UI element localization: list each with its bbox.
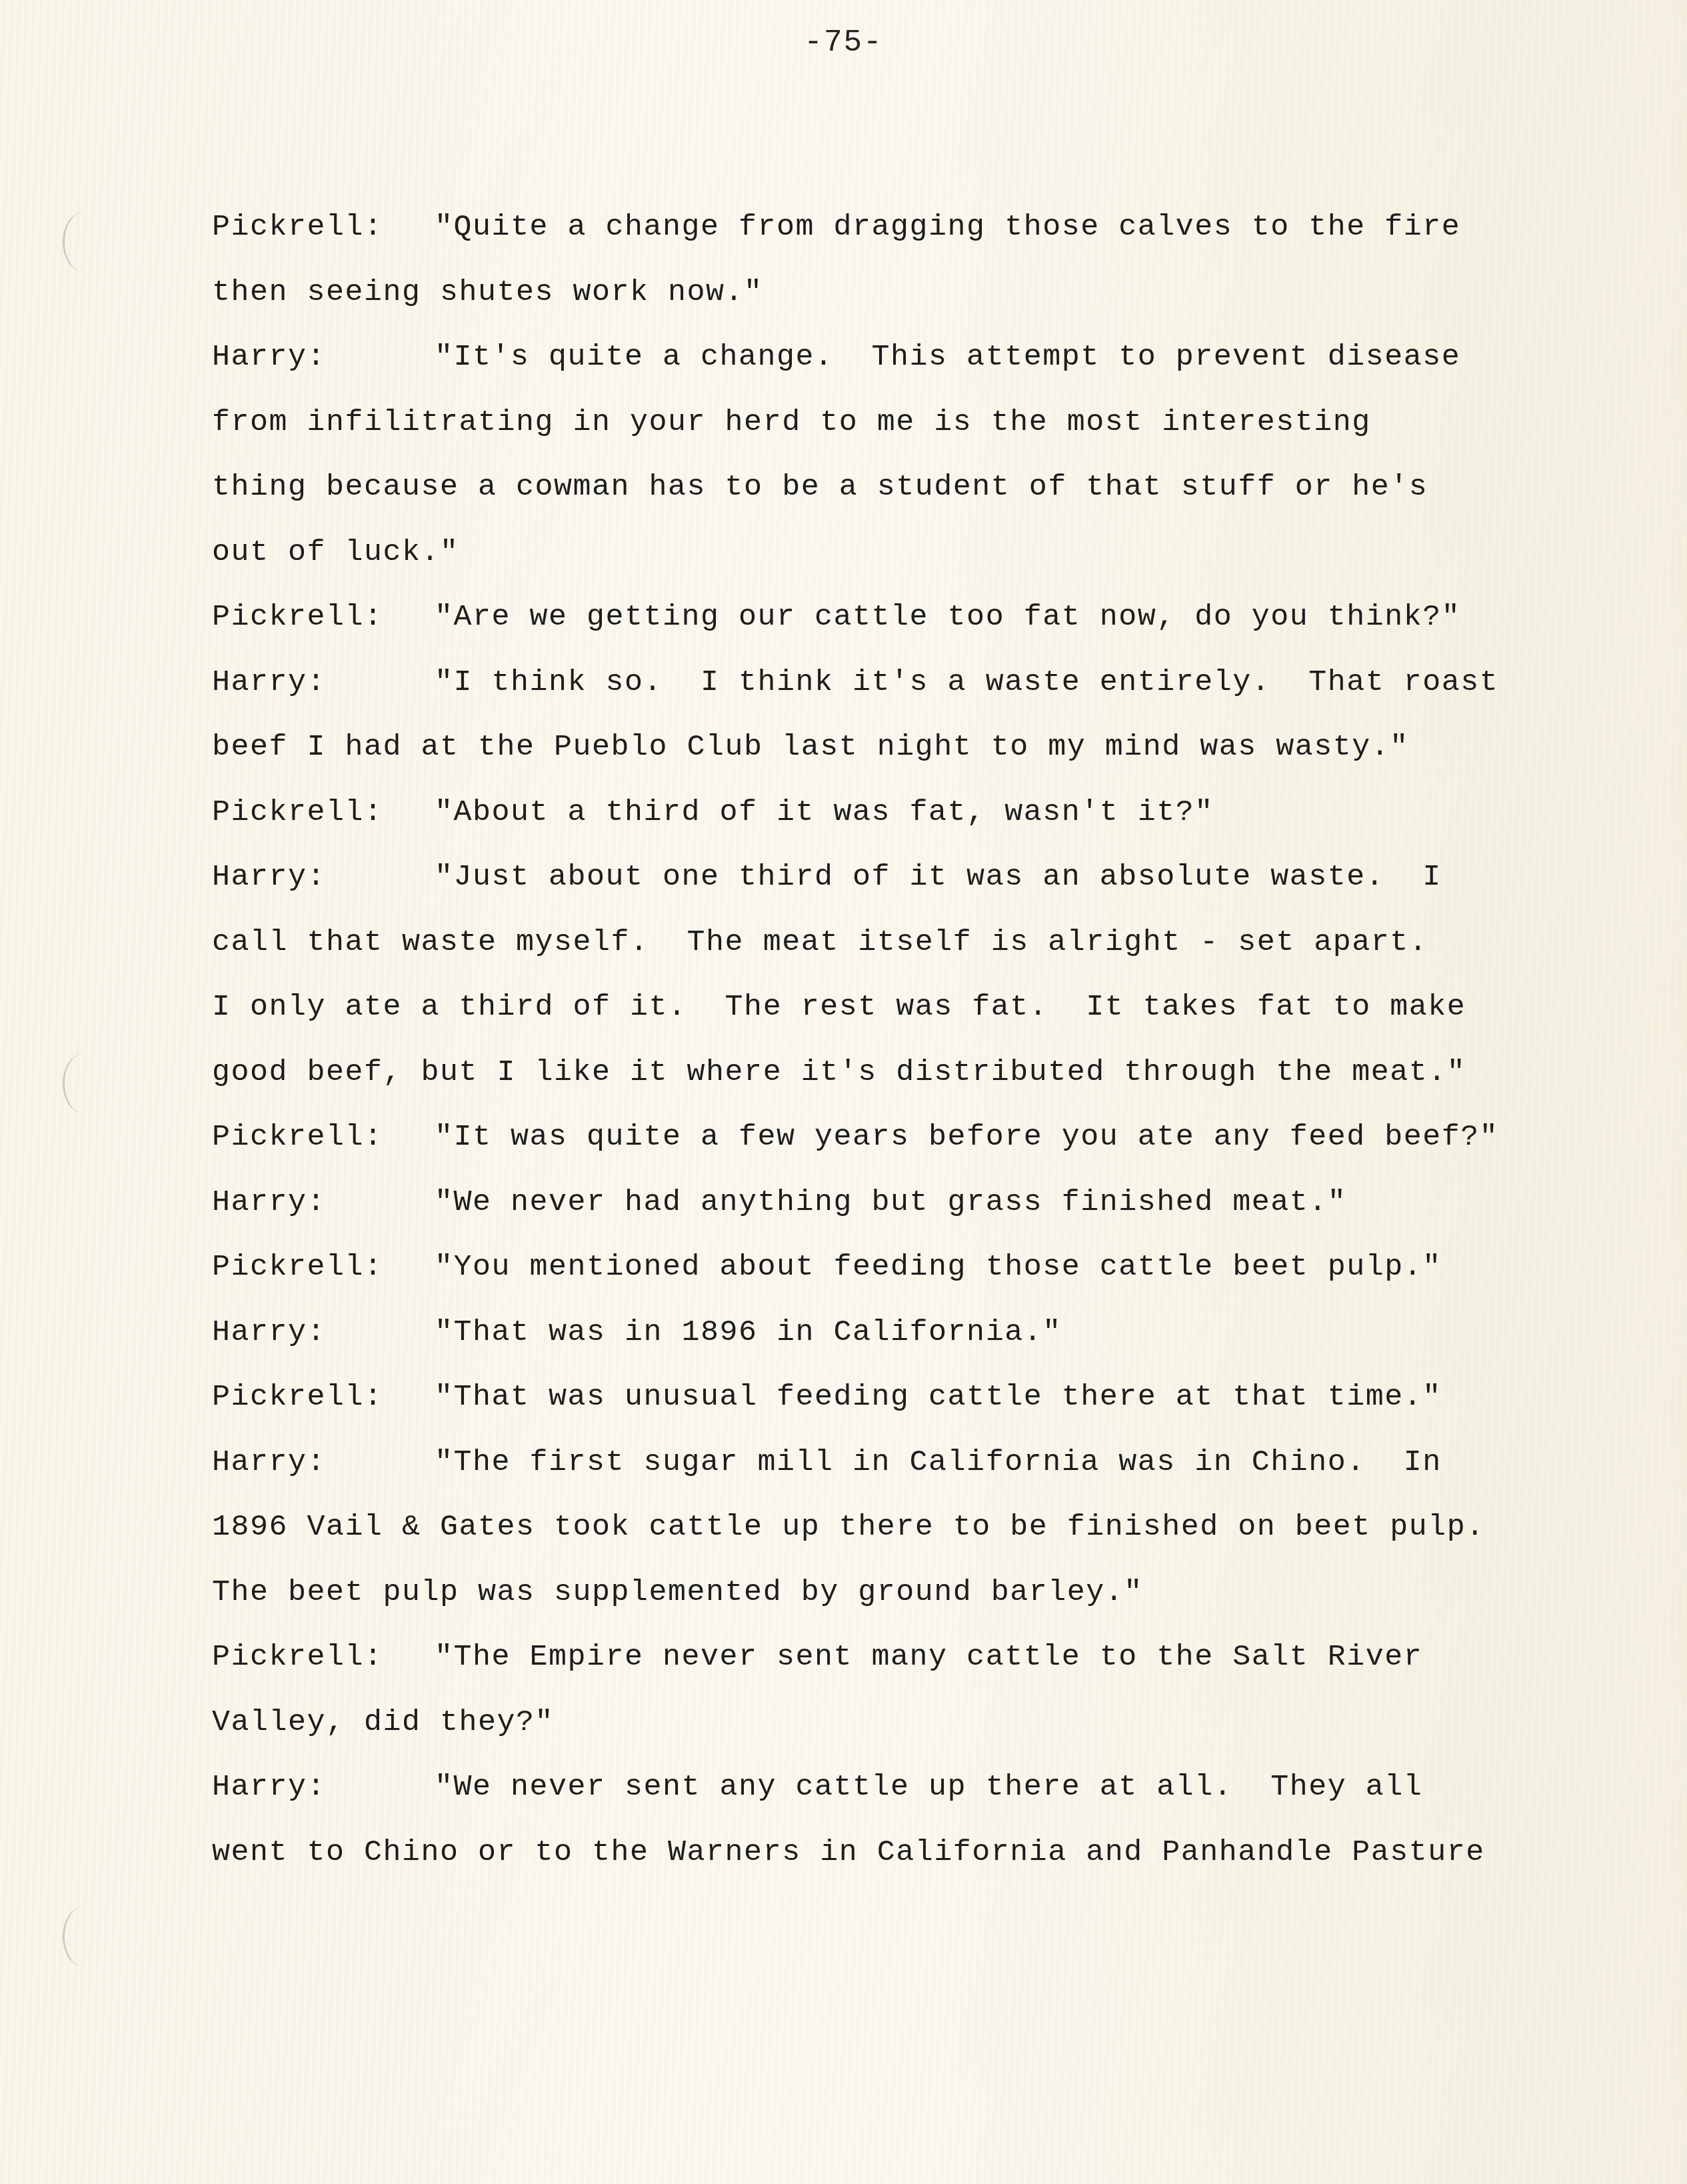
speaker-label: Harry: (212, 1317, 435, 1347)
dialogue-text: The beet pulp was supplemented by ground… (212, 1575, 1143, 1609)
punch-hole-middle (63, 1053, 105, 1113)
dialogue-text: "We never sent any cattle up there at al… (435, 1770, 1422, 1804)
transcript-line: Pickrell:"It was quite a few years befor… (212, 1122, 1585, 1187)
dialogue-text: out of luck." (212, 535, 459, 569)
dialogue-text: "Just about one third of it was an absol… (435, 860, 1442, 894)
transcript-line: Pickrell:"Quite a change from dragging t… (212, 212, 1585, 277)
dialogue-text: I only ate a third of it. The rest was f… (212, 990, 1466, 1024)
transcript-line: call that waste myself. The meat itself … (212, 927, 1585, 993)
speaker-label: Harry: (212, 667, 435, 697)
dialogue-text: good beef, but I like it where it's dist… (212, 1055, 1466, 1089)
dialogue-text: "You mentioned about feeding those cattl… (435, 1250, 1442, 1284)
transcript-line: then seeing shutes work now." (212, 277, 1585, 343)
transcript-line: Pickrell:"You mentioned about feeding th… (212, 1252, 1585, 1317)
transcript-line: thing because a cowman has to be a stude… (212, 472, 1585, 537)
speaker-label: Harry: (212, 1447, 435, 1477)
dialogue-text: 1896 Vail & Gates took cattle up there t… (212, 1510, 1485, 1544)
speaker-label: Pickrell: (212, 1382, 435, 1412)
transcript-line: went to Chino or to the Warners in Calif… (212, 1837, 1585, 1903)
transcript-line: Harry:"I think so. I think it's a waste … (212, 667, 1585, 733)
transcript-line: I only ate a third of it. The rest was f… (212, 992, 1585, 1057)
dialogue-text: "It was quite a few years before you ate… (435, 1120, 1498, 1154)
dialogue-text: "It's quite a change. This attempt to pr… (435, 340, 1460, 374)
speaker-label: Pickrell: (212, 797, 435, 827)
transcript-line: Pickrell:"That was unusual feeding cattl… (212, 1382, 1585, 1447)
speaker-label: Harry: (212, 862, 435, 892)
dialogue-text: "Are we getting our cattle too fat now, … (435, 600, 1460, 634)
dialogue-text: "The Empire never sent many cattle to th… (435, 1640, 1422, 1674)
punch-hole-top (63, 212, 105, 272)
transcript-line: Harry:"We never had anything but grass f… (212, 1187, 1585, 1253)
transcript-line: Pickrell:"The Empire never sent many cat… (212, 1642, 1585, 1707)
transcript-line: Harry:"We never sent any cattle up there… (212, 1772, 1585, 1837)
transcript-line: good beef, but I like it where it's dist… (212, 1057, 1585, 1123)
typewritten-page: -75- Pickrell:"Quite a change from dragg… (0, 0, 1687, 2184)
dialogue-text: then seeing shutes work now." (212, 275, 763, 309)
transcript-line: beef I had at the Pueblo Club last night… (212, 732, 1585, 797)
speaker-label: Harry: (212, 1187, 435, 1217)
transcript-line: out of luck." (212, 537, 1585, 603)
page-number: -75- (0, 25, 1687, 60)
speaker-label: Pickrell: (212, 212, 435, 242)
transcript-line: Valley, did they?" (212, 1707, 1585, 1773)
dialogue-text: beef I had at the Pueblo Club last night… (212, 730, 1409, 764)
speaker-label: Pickrell: (212, 1122, 435, 1152)
dialogue-text: from infilitrating in your herd to me is… (212, 405, 1371, 439)
dialogue-text: "About a third of it was fat, wasn't it?… (435, 795, 1214, 829)
transcript-line: Pickrell:"About a third of it was fat, w… (212, 797, 1585, 863)
dialogue-text: "I think so. I think it's a waste entire… (435, 665, 1498, 699)
transcript-line: from infilitrating in your herd to me is… (212, 407, 1585, 473)
transcript-line: 1896 Vail & Gates took cattle up there t… (212, 1512, 1585, 1577)
transcript-line: The beet pulp was supplemented by ground… (212, 1577, 1585, 1643)
speaker-label: Harry: (212, 342, 435, 372)
dialogue-text: thing because a cowman has to be a stude… (212, 470, 1428, 504)
speaker-label: Pickrell: (212, 602, 435, 632)
dialogue-text: "We never had anything but grass finishe… (435, 1185, 1346, 1219)
speaker-label: Pickrell: (212, 1642, 435, 1672)
dialogue-text: "Quite a change from dragging those calv… (435, 210, 1460, 244)
punch-hole-bottom (63, 1907, 105, 1967)
dialogue-text: "That was unusual feeding cattle there a… (435, 1380, 1442, 1414)
interview-transcript: Pickrell:"Quite a change from dragging t… (212, 212, 1585, 1902)
dialogue-text: call that waste myself. The meat itself … (212, 925, 1428, 959)
dialogue-text: Valley, did they?" (212, 1705, 554, 1739)
dialogue-text: went to Chino or to the Warners in Calif… (212, 1835, 1485, 1869)
dialogue-text: "The first sugar mill in California was … (435, 1445, 1442, 1479)
speaker-label: Harry: (212, 1772, 435, 1802)
transcript-line: Harry:"The first sugar mill in Californi… (212, 1447, 1585, 1513)
speaker-label: Pickrell: (212, 1252, 435, 1282)
transcript-line: Harry:"That was in 1896 in California." (212, 1317, 1585, 1383)
transcript-line: Pickrell:"Are we getting our cattle too … (212, 602, 1585, 667)
dialogue-text: "That was in 1896 in California." (435, 1315, 1062, 1349)
transcript-line: Harry:"Just about one third of it was an… (212, 862, 1585, 927)
transcript-line: Harry:"It's quite a change. This attempt… (212, 342, 1585, 407)
